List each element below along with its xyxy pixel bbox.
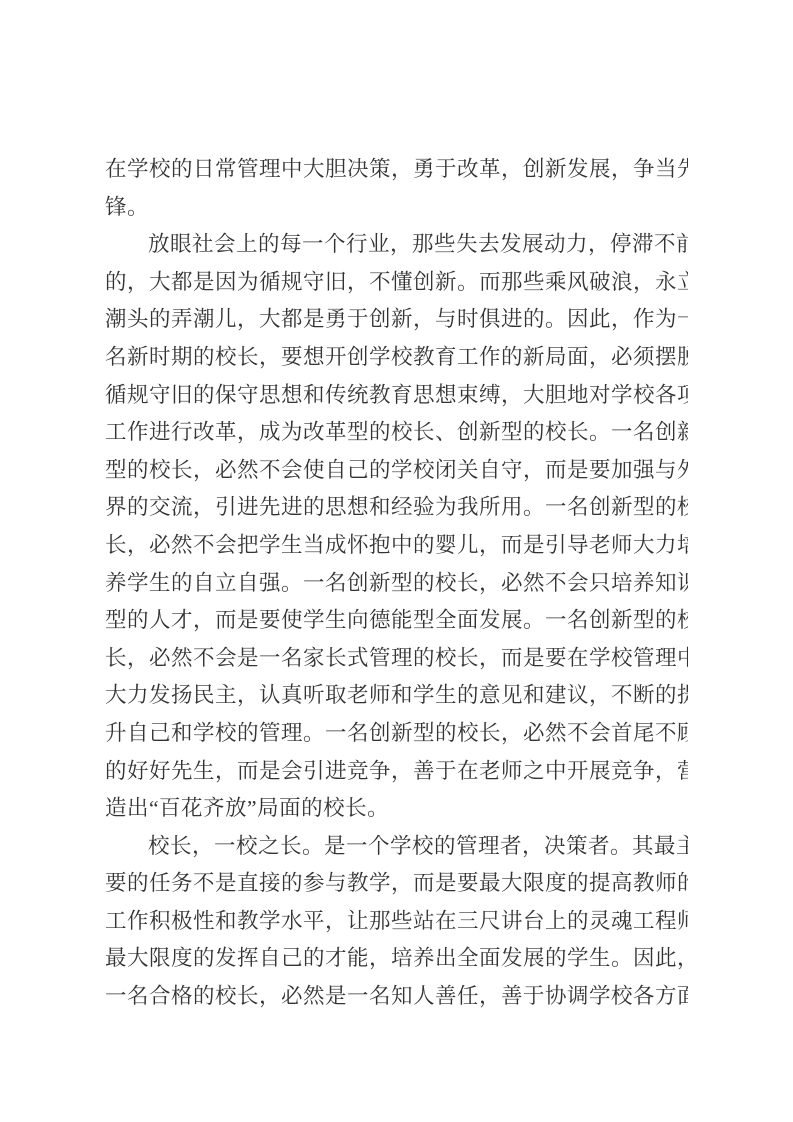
text-line: 长，必然不会是一名家长式管理的校长，而是要在学校管理中 [105,640,688,678]
text-line: 养学生的自立自强。一名创新型的校长，必然不会只培养知识 [105,565,688,603]
text-line: 工作进行改革，成为改革型的校长、创新型的校长。一名创新 [105,414,688,452]
text-line: 循规守旧的保守思想和传统教育思想束缚，大胆地对学校各项 [105,377,688,415]
text-line: 大力发扬民主，认真听取老师和学生的意见和建议，不断的提 [105,677,688,715]
text-line: 一名合格的校长，必然是一名知人善任，善于协调学校各方面 [105,978,688,1016]
text-line: 的，大都是因为循规守旧，不懂创新。而那些乘风破浪，永立 [105,264,688,302]
text-line: 锋。 [105,189,688,227]
text-line: 型的人才，而是要使学生向德能型全面发展。一名创新型的校 [105,602,688,640]
text-line: 造出“百花齐放”局面的校长。 [105,790,688,828]
document-page: 在学校的日常管理中大胆决策，勇于改革，创新发展，争当先锋。放眼社会上的每一个行业… [0,0,793,1122]
text-line: 的好好先生，而是会引进竞争，善于在老师之中开展竞争，营 [105,753,688,791]
text-line: 要的任务不是直接的参与教学，而是要最大限度的提高教师的 [105,865,688,903]
text-line: 放眼社会上的每一个行业，那些失去发展动力，停滞不前 [105,226,688,264]
text-line: 长，必然不会把学生当成怀抱中的婴儿，而是引导老师大力培 [105,527,688,565]
text-line: 型的校长，必然不会使自己的学校闭关自守，而是要加强与外 [105,452,688,490]
text-line: 名新时期的校长，要想开创学校教育工作的新局面，必须摆脱 [105,339,688,377]
text-line: 界的交流，引进先进的思想和经验为我所用。一名创新型的校 [105,489,688,527]
text-line: 在学校的日常管理中大胆决策，勇于改革，创新发展，争当先 [105,151,688,189]
text-line: 工作积极性和教学水平，让那些站在三尺讲台上的灵魂工程师 [105,903,688,941]
text-line: 升自己和学校的管理。一名创新型的校长，必然不会首尾不顾 [105,715,688,753]
text-line: 潮头的弄潮儿，大都是勇于创新，与时俱进的。因此，作为一 [105,301,688,339]
document-text-block: 在学校的日常管理中大胆决策，勇于改革，创新发展，争当先锋。放眼社会上的每一个行业… [105,151,688,1016]
text-line: 最大限度的发挥自己的才能，培养出全面发展的学生。因此， [105,940,688,978]
text-line: 校长，一校之长。是一个学校的管理者，决策者。其最主 [105,828,688,866]
